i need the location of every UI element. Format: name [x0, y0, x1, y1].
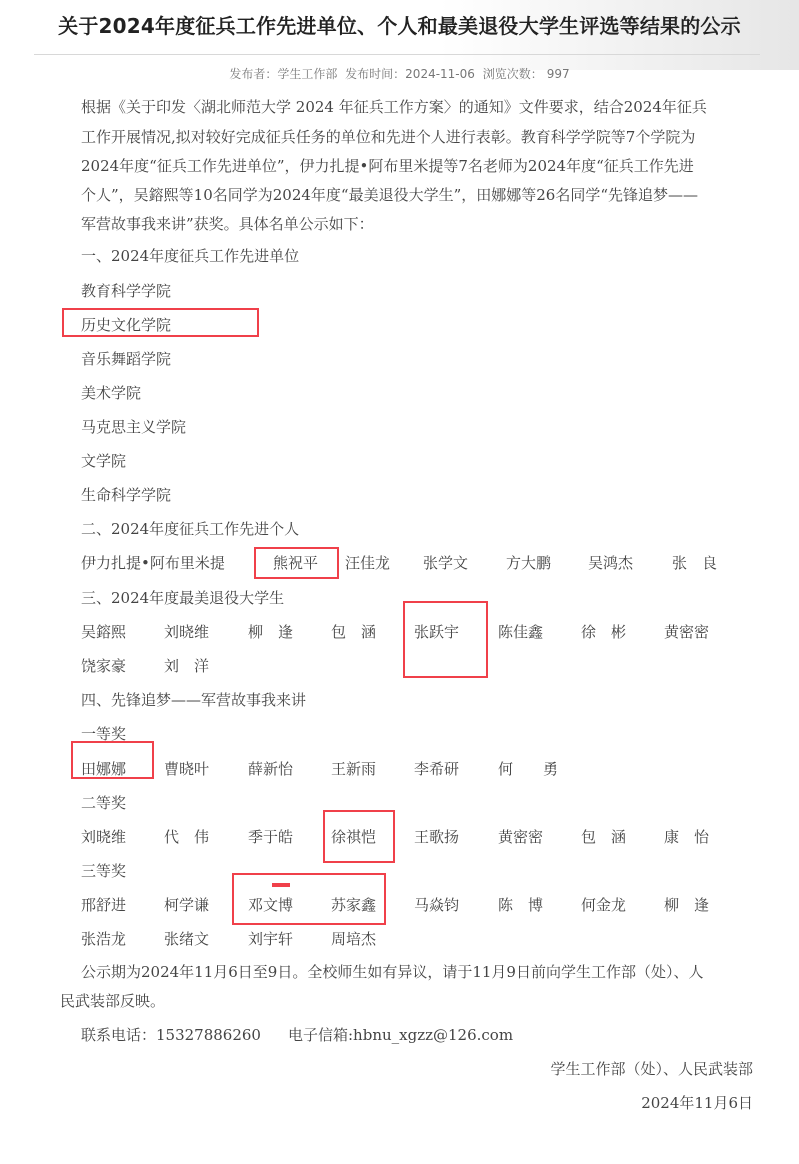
name-item: 张浩龙: [81, 928, 126, 949]
notice-line-2: 民武装部反映。: [60, 990, 165, 1011]
unit-item: 文学院: [81, 450, 126, 471]
highlight-dash-mark: [272, 883, 290, 887]
highlight-box-teacher: [254, 547, 339, 579]
name-item: 邢舒进: [81, 894, 126, 915]
intro-line-4: 个人”，吴鎔熙等10名同学为2024年度“最美退役大学生”，田娜娜等26名同学“…: [81, 184, 698, 205]
highlight-box-veteran: [403, 601, 488, 678]
unit-item: 音乐舞蹈学院: [81, 348, 171, 369]
name-item: 刘晓维: [164, 621, 209, 642]
views-label: 浏览次数：: [483, 67, 543, 81]
unit-item: 美术学院: [81, 382, 141, 403]
unit-item: 马克思主义学院: [81, 416, 186, 437]
name-item: 陈佳鑫: [498, 621, 543, 642]
name-item: 黄密密: [498, 826, 543, 847]
name-item: 包 涵: [581, 826, 626, 847]
highlight-box-first-prize: [71, 741, 154, 779]
name-item: 徐 彬: [581, 621, 626, 642]
second-prize-label: 二等奖: [81, 792, 126, 813]
intro-line-2: 工作开展情况,拟对较好完成征兵任务的单位和先进个人进行表彰。教育科学学院等7个学…: [81, 126, 695, 147]
name-item: 王新雨: [331, 758, 376, 779]
name-item: 周培杰: [331, 928, 376, 949]
name-item: 汪佳龙: [345, 552, 390, 573]
name-item: 吴鸿杰: [588, 552, 633, 573]
highlight-box-third-prize: [232, 873, 386, 925]
view-count: 997: [547, 67, 570, 81]
publisher: 发布者：学生工作部: [229, 67, 337, 81]
contact-email[interactable]: 电子信箱:hbnu_xgzz@126.com: [288, 1024, 513, 1045]
section2-heading: 二、2024年度征兵工作先进个人: [81, 518, 299, 539]
name-item: 柯学谦: [164, 894, 209, 915]
name-item: 方大鹏: [506, 552, 551, 573]
unit-item: 教育科学学院: [81, 280, 171, 301]
highlight-box-unit: [62, 308, 259, 337]
name-item: 吴鎔熙: [81, 621, 126, 642]
page-title: 关于2024年度征兵工作先进单位、个人和最美退役大学生评选等结果的公示: [0, 10, 799, 39]
name-item: 薛新怡: [248, 758, 293, 779]
name-item: 曹晓叶: [164, 758, 209, 779]
section4-heading: 四、先锋追梦——军营故事我来讲: [81, 689, 306, 710]
name-item: 张 良: [672, 552, 717, 573]
publish-time: 发布时间：2024-11-06: [345, 67, 475, 81]
name-item: 张学文: [423, 552, 468, 573]
name-item: 何 勇: [498, 758, 558, 779]
signature-org: 学生工作部（处）、人民武装部: [550, 1058, 753, 1079]
name-item: 刘 洋: [164, 655, 209, 676]
name-item: 季于皓: [248, 826, 293, 847]
intro-line-3: 2024年度“征兵工作先进单位”，伊力扎提•阿布里米提等7名老师为2024年度“…: [81, 155, 694, 176]
name-item: 何金龙: [581, 894, 626, 915]
name-item: 饶家豪: [81, 655, 126, 676]
contact-phone: 联系电话：15327886260: [81, 1024, 261, 1045]
name-item: 柳 逢: [664, 894, 709, 915]
unit-item: 生命科学学院: [81, 484, 171, 505]
name-item: 黄密密: [664, 621, 709, 642]
highlight-box-second-prize: [323, 810, 395, 863]
section3-heading: 三、2024年度最美退役大学生: [81, 587, 284, 608]
name-item: 柳 逢: [248, 621, 293, 642]
signature-date: 2024年11月6日: [641, 1092, 753, 1113]
name-item: 李希研: [414, 758, 459, 779]
name-item: 王歌扬: [414, 826, 459, 847]
name-item: 包 涵: [331, 621, 376, 642]
name-item: 刘晓维: [81, 826, 126, 847]
intro-line-1: 根据《关于印发〈湖北师范大学 2024 年征兵工作方案〉的通知》文件要求，结合2…: [81, 96, 707, 117]
name-item: 马焱钧: [414, 894, 459, 915]
name-item: 刘宇轩: [248, 928, 293, 949]
notice-line-1: 公示期为2024年11月6日至9日。全校师生如有异议，请于11月9日前向学生工作…: [81, 961, 703, 982]
name-item: 代 伟: [164, 826, 209, 847]
name-item: 康 怡: [664, 826, 709, 847]
third-prize-label: 三等奖: [81, 860, 126, 881]
name-item: 张绪文: [164, 928, 209, 949]
name-item: 陈 博: [498, 894, 543, 915]
section1-heading: 一、2024年度征兵工作先进单位: [81, 245, 299, 266]
article-meta: 发布者：学生工作部 发布时间：2024-11-06 浏览次数：997: [0, 65, 799, 82]
intro-line-5: 军营故事我来讲”获奖。具体名单公示如下：: [81, 213, 374, 234]
title-divider: [34, 54, 760, 55]
name-item: 伊力扎提•阿布里米提: [81, 552, 225, 573]
